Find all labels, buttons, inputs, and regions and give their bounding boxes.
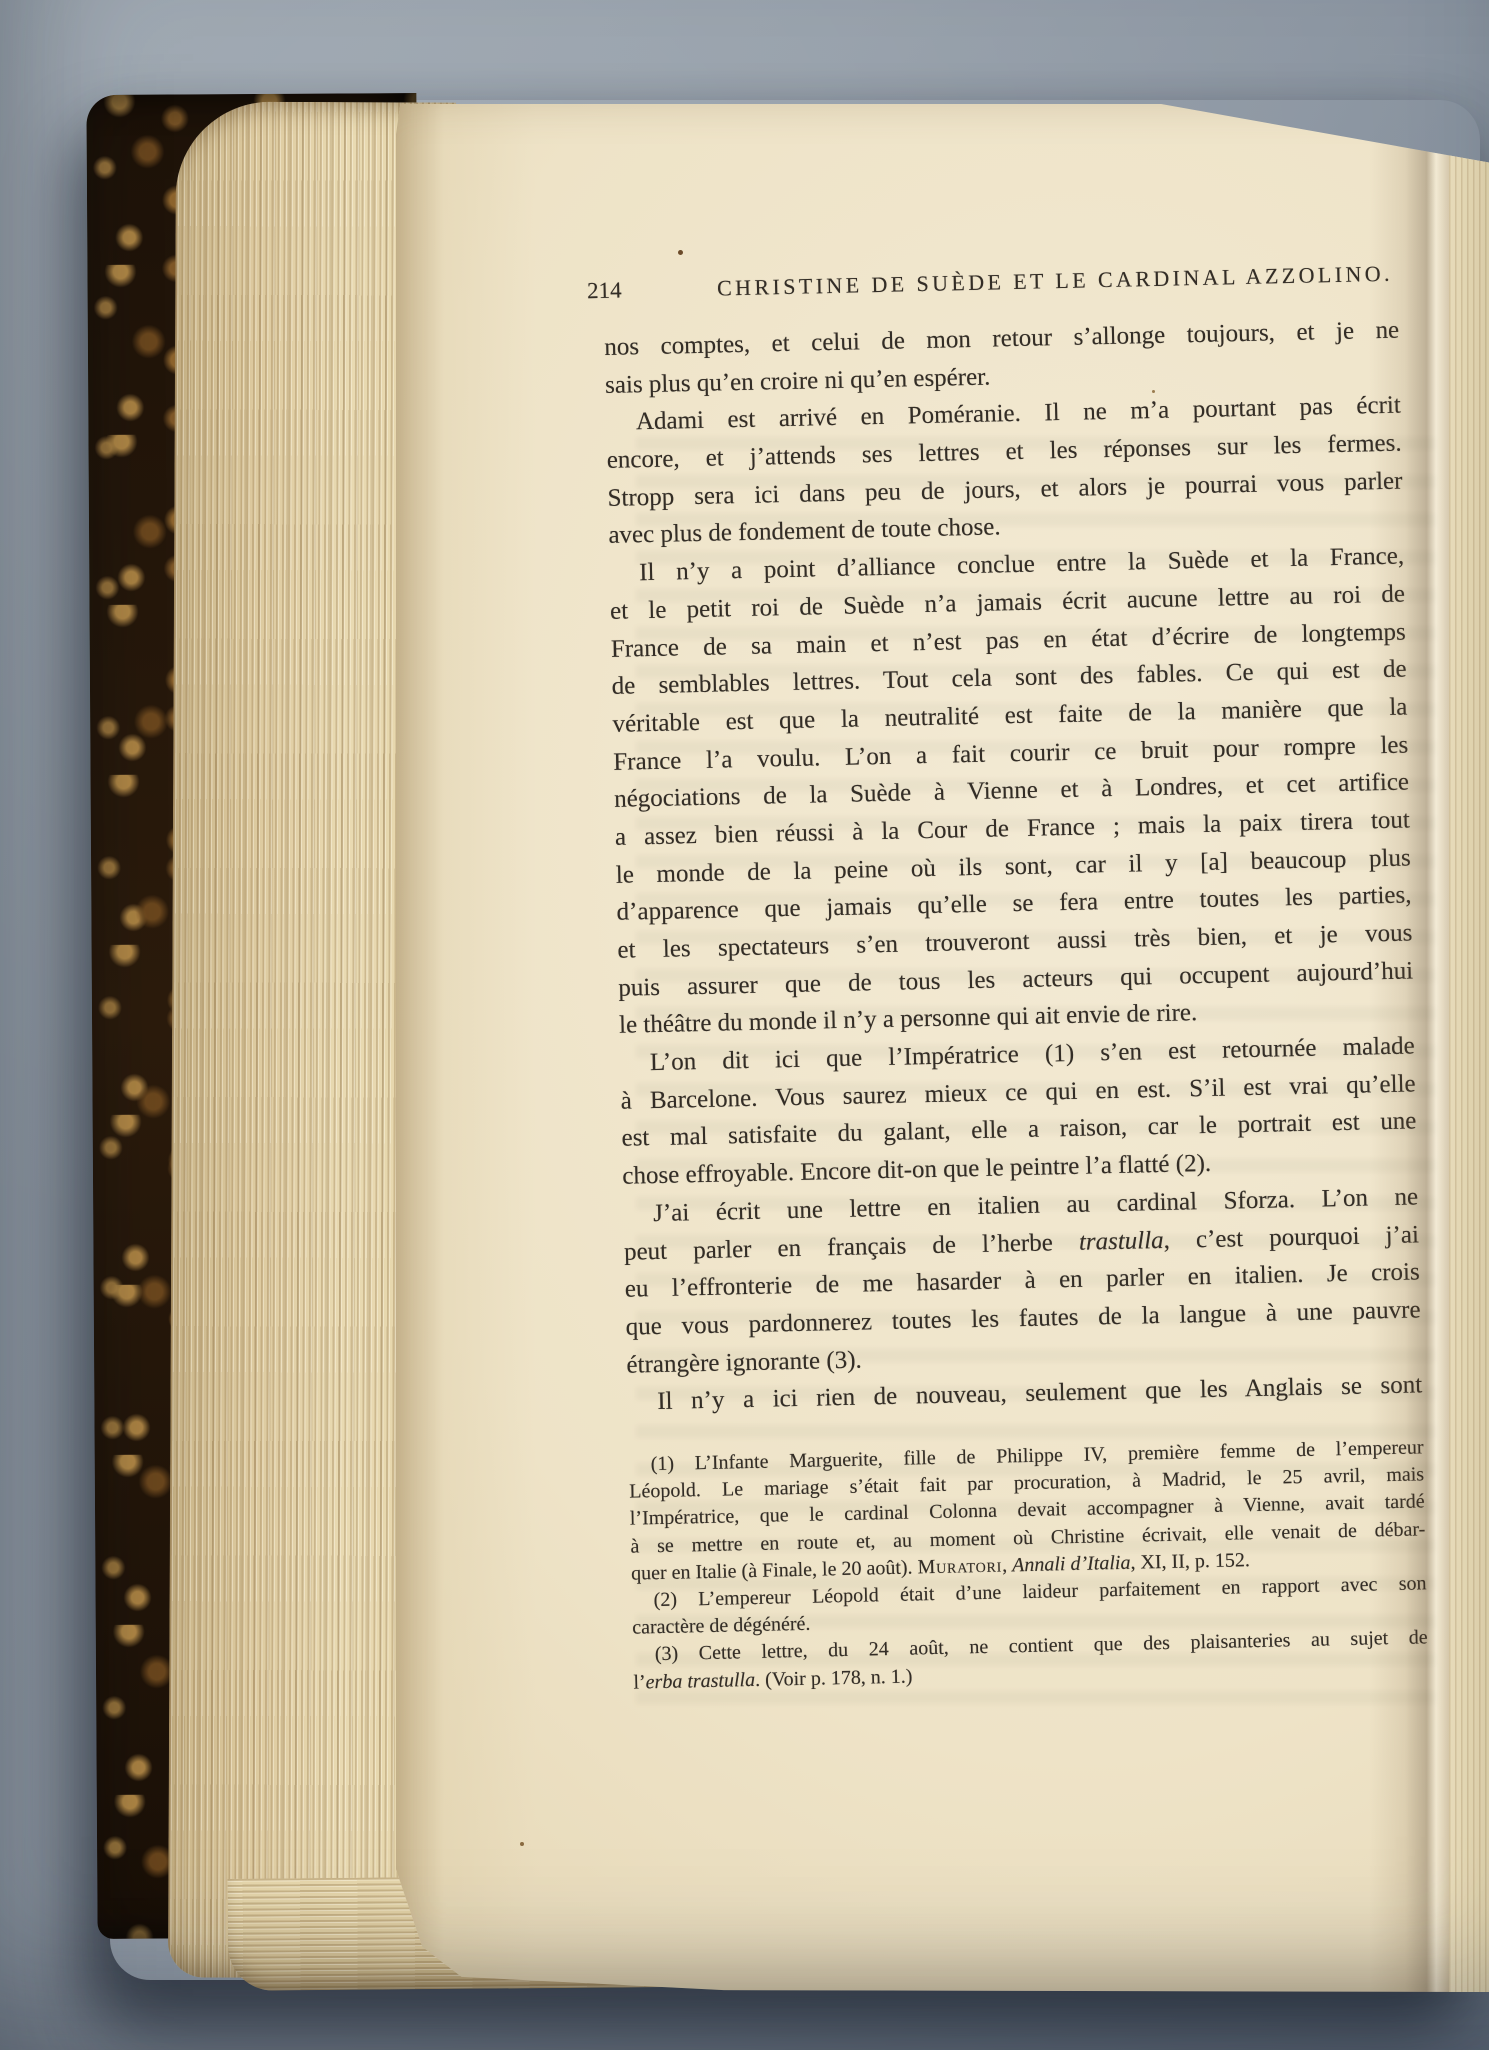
text-segment: , XI, II, p. 152. <box>1130 1549 1250 1574</box>
page-header: 214 CHRISTINE DE SUÈDE ET LE CARDINAL AZ… <box>587 261 1393 305</box>
text-segment: . (Voir p. 178, n. 1.) <box>755 1665 913 1690</box>
text-segment: , c’est pourquoi j’ai <box>1163 1221 1419 1254</box>
text-segment: l’ <box>633 1671 646 1693</box>
text-segment: Muratori <box>917 1554 1002 1578</box>
book-page: 214 CHRISTINE DE SUÈDE ET LE CARDINAL AZ… <box>396 104 1489 1992</box>
text-segment: sais plus qu’en croire ni qu’en espérer. <box>605 363 991 398</box>
text-segment: Annali d’Italia <box>1012 1552 1131 1577</box>
paper-speck <box>520 1842 524 1846</box>
body-text: nos comptes, et celui de mon retour s’al… <box>604 312 1423 1422</box>
text-segment: , <box>1002 1554 1012 1576</box>
text-segment: étrangère ignorante (3). <box>626 1346 862 1378</box>
text-segment: caractère de dégénéré. <box>632 1613 811 1639</box>
text-segment: quer en Italie (à Finale, le 20 août). <box>631 1556 918 1584</box>
page-edge-strip <box>1449 134 1489 1992</box>
running-title: CHRISTINE DE SUÈDE ET LE CARDINAL AZZOLI… <box>717 261 1393 302</box>
text-segment: erba trastulla <box>645 1668 755 1692</box>
text-segment: peut parler en français de l’herbe <box>624 1228 1079 1265</box>
text-segment: trastulla <box>1079 1226 1164 1255</box>
text-layer: 214 CHRISTINE DE SUÈDE ET LE CARDINAL AZ… <box>599 87 1435 1988</box>
page-number: 214 <box>587 278 622 305</box>
text-segment: avec plus de fondement de toute chose. <box>608 514 1001 550</box>
footnotes-block: (1) L’Infante Marguerite, fille de Phili… <box>628 1434 1428 1696</box>
photo-background: 214 CHRISTINE DE SUÈDE ET LE CARDINAL AZ… <box>0 0 1489 2050</box>
